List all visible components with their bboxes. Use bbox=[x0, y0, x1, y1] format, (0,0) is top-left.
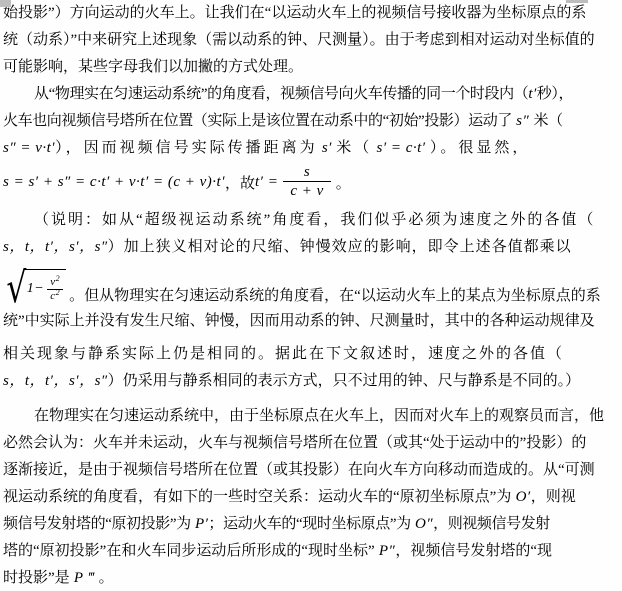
document-body: 始投影”）方向运动的火车上。让我们在“以运动火车上的视频信号接收器为坐标原点的系… bbox=[0, 0, 622, 591]
text-line-2: 统（动系）”中来研究上述现象（需以动系的钟、尺测量）。由于考虑到相对运动对坐标值… bbox=[3, 27, 612, 54]
text-run: 。但从物理实在匀速运动系统的角度看，在“以运动火车上的某点为坐标原点的系 bbox=[69, 285, 601, 307]
text-run: 视运动系统的角度看，有如下的一些时空关系：运动火车的“原初坐标原点”为 bbox=[3, 489, 511, 505]
text-line-19: 塔的“原初投影”在和火车同步运动后所形成的“现时坐标” P″，视频信号发射塔的“… bbox=[3, 538, 612, 565]
text-run: 从“物理实在匀速运动系统”的角度看，视频信号向火车传播的同一个时段内（ bbox=[34, 86, 528, 102]
math-run: t′ bbox=[528, 86, 536, 102]
mini-fraction-denominator: c2 bbox=[47, 289, 63, 302]
text-run: 。 bbox=[336, 172, 351, 193]
screen-artifact-top-left bbox=[0, 0, 11, 7]
text-run: 米（ bbox=[534, 113, 563, 129]
text-run: 。 bbox=[99, 570, 114, 586]
text-run: ，视频信号发射塔的“现 bbox=[395, 543, 552, 559]
text-run: ），因而视频信号实际传播距离为 bbox=[55, 140, 318, 156]
text-line-11: 统”中实际上并没有发生尺缩、钟慢，因而用动系的钟、尺测量时，其中的各种运动规律及 bbox=[3, 308, 612, 335]
mini-fraction: v2c2 bbox=[47, 276, 63, 302]
text-run: ）加上狭义相对论的尺缩、钟慢效应的影响，即令上述各值都乘以 bbox=[108, 239, 572, 255]
math-run: s′ bbox=[318, 140, 337, 156]
text-line-18: 频信号发射塔的“原初投影”为 P′；运动火车的“现时坐标原点”为 O″，则视频信… bbox=[3, 511, 612, 538]
fraction-denominator: c + v bbox=[283, 181, 330, 201]
exponent: 2 bbox=[56, 274, 61, 283]
text-run: 可能影响，某些字母我们以加撇的方式处理。 bbox=[3, 59, 303, 75]
text-run: 统（动系）”中来研究上述现象（需以动系的钟、尺测量）。由于考虑到相对运动对坐标值… bbox=[3, 32, 595, 48]
text-run: ）仍采用与静系相同的表示方式，只不过用的钟、尺与静系是不同的。） bbox=[108, 373, 581, 389]
text-line-17: 视运动系统的角度看，有如下的一些时空关系：运动火车的“原初坐标原点”为 O′，则… bbox=[3, 484, 612, 511]
fraction: sc + v bbox=[283, 164, 330, 201]
radicand-prefix: 1− bbox=[27, 281, 44, 297]
text-run: 秒）， bbox=[537, 86, 573, 102]
mini-fraction-numerator: v2 bbox=[50, 276, 60, 288]
text-run: 火车也向视频信号塔所在位置（实际上是该位置在动系中的“初始”投影）运动了 bbox=[3, 113, 512, 129]
text-line-16: 逐渐接近，是由于视频信号塔所在位置（或其投影）在向火车方向移动而造成的。从“可测 bbox=[3, 457, 612, 484]
math-run: s″ = v·t′ bbox=[3, 140, 55, 156]
text-run: 必然会认为：火车并未运动，火车与视频信号塔所在位置（或其“处于运动中的”投影）的 bbox=[3, 435, 586, 451]
text-line-14: 在物理实在匀速运动系统中，由于坐标原点在火车上，因而对火车上的观察员而言，他 bbox=[3, 403, 612, 430]
math-run: P ‴ bbox=[70, 570, 99, 586]
text-run: （说明：如从“超级视运动系统”角度看，我们似乎必须为速度之外的各值（ bbox=[34, 212, 595, 228]
exponent: 2 bbox=[56, 288, 61, 297]
math-run: s″ bbox=[512, 113, 534, 129]
math-run: O′ bbox=[511, 489, 530, 505]
math-run: P′ bbox=[191, 516, 209, 532]
text-line-13: s，t，t′，s′，s″）仍采用与静系相同的表示方式，只不过用的钟、尺与静系是不… bbox=[3, 368, 612, 395]
text-run: 塔的“原初投影”在和火车同步运动后所形成的“现时坐标” bbox=[3, 543, 375, 559]
screen-artifact-top-right bbox=[566, 0, 588, 3]
text-line-8: （说明：如从“超级视运动系统”角度看，我们似乎必须为速度之外的各值（ bbox=[3, 207, 612, 234]
radicand: 1−v2c2 bbox=[24, 269, 66, 305]
text-run: 在物理实在匀速运动系统中，由于坐标原点在火车上，因而对火车上的观察员而言，他 bbox=[34, 408, 604, 424]
text-run: 统”中实际上并没有发生尺缩、钟慢，因而用动系的钟、尺测量时，其中的各种运动规律及 bbox=[3, 313, 595, 329]
math-run: s = s′ + s″ = c·t′ + v·t′ = (c + v)·t′ bbox=[3, 174, 225, 191]
math-run: O″ bbox=[411, 516, 433, 532]
text-line-6: s″ = v·t′），因而视频信号实际传播距离为 s′ 米（ s′ = c·t′… bbox=[3, 135, 612, 162]
text-run: 相关现象与静系实际上仍是相同的。据此在下文叙述时，速度之外的各值（ bbox=[3, 346, 564, 362]
math-run: s，t，t′，s′，s″ bbox=[3, 239, 108, 255]
text-line-5: 火车也向视频信号塔所在位置（实际上是该位置在动系中的“初始”投影）运动了 s″ … bbox=[3, 108, 612, 135]
text-run: 时投影”是 bbox=[3, 570, 70, 586]
text-run: ，故 bbox=[225, 172, 255, 193]
math-run: P″ bbox=[375, 543, 396, 559]
text-line-15: 必然会认为：火车并未运动，火车与视频信号塔所在位置（或其“处于运动中的”投影）的 bbox=[3, 430, 612, 457]
text-run: ，则视频信号发射 bbox=[433, 516, 550, 532]
fraction-numerator: s bbox=[304, 164, 310, 181]
text-line-7: s = s′ + s″ = c·t′ + v·t′ = (c + v)·t′，故… bbox=[3, 162, 612, 202]
math-run: t′ = bbox=[255, 174, 278, 191]
text-run: ，则视 bbox=[531, 489, 576, 505]
text-run: ）。很显然， bbox=[430, 140, 531, 156]
math-run: s′ = c·t′ bbox=[372, 140, 430, 156]
math-run: s，t，t′，s′，s″ bbox=[3, 373, 108, 389]
text-line-20: 时投影”是 P ‴ 。 bbox=[3, 565, 612, 591]
text-line-1: 始投影”）方向运动的火车上。让我们在“以运动火车上的视频信号接收器为坐标原点的系 bbox=[3, 0, 612, 27]
square-root-expression: √1−v2c2 bbox=[3, 269, 66, 307]
text-run: 始投影”）方向运动的火车上。让我们在“以运动火车上的视频信号接收器为坐标原点的系 bbox=[3, 5, 586, 21]
radical-sign-icon: √ bbox=[6, 269, 26, 307]
text-line-12: 相关现象与静系实际上仍是相同的。据此在下文叙述时，速度之外的各值（ bbox=[3, 341, 612, 368]
text-run: ；运动火车的“现时坐标原点”为 bbox=[208, 516, 410, 532]
text-line-10: √1−v2c2。但从物理实在匀速运动系统的角度看，在“以运动火车上的某点为坐标原… bbox=[3, 261, 612, 308]
text-line-3: 可能影响，某些字母我们以加撇的方式处理。 bbox=[3, 54, 612, 81]
text-line-4: 从“物理实在匀速运动系统”的角度看，视频信号向火车传播的同一个时段内（t′秒）， bbox=[3, 81, 612, 108]
text-line-9: s，t，t′，s′，s″）加上狭义相对论的尺缩、钟慢效应的影响，即令上述各值都乘… bbox=[3, 234, 612, 261]
text-run: 逐渐接近，是由于视频信号塔所在位置（或其投影）在向火车方向移动而造成的。从“可测 bbox=[3, 462, 595, 478]
text-run: 频信号发射塔的“原初投影”为 bbox=[3, 516, 191, 532]
text-run: 米（ bbox=[336, 140, 372, 156]
